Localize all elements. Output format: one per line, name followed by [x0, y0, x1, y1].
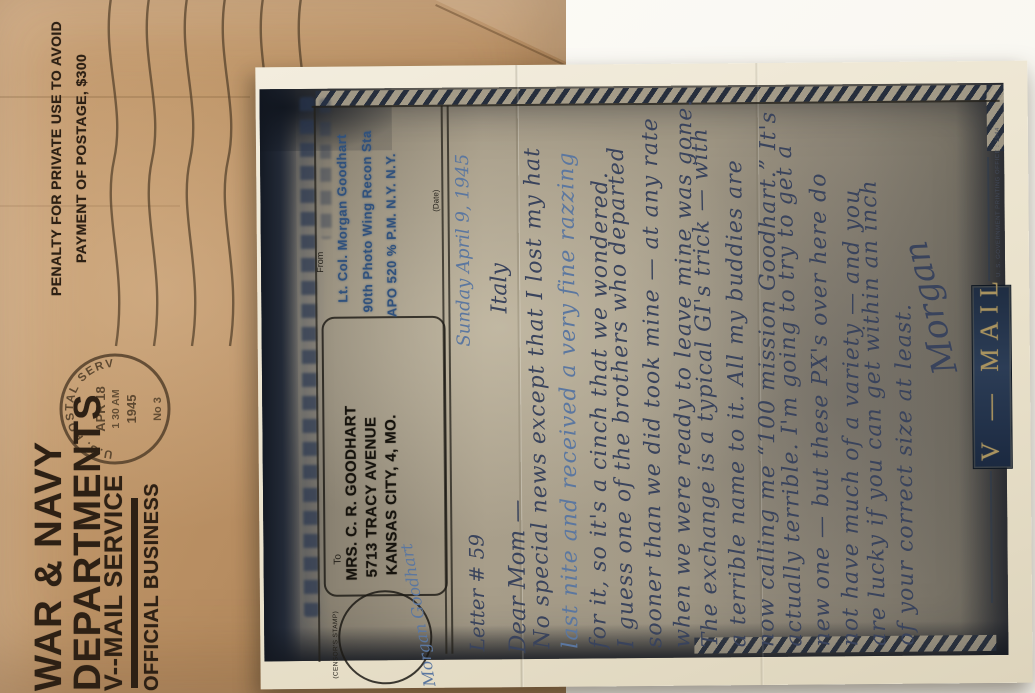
handwriting-line: sooner than we did took mine — at any ra…	[640, 117, 667, 648]
from-name: Lt. Col. Morgan Goodhart	[335, 134, 349, 303]
handwriting-line: new one — but these PX's over here do	[808, 172, 834, 646]
penalty-text: PENALTY FOR PRIVATE USE TO AVOID PAYMENT…	[44, 21, 93, 296]
war-navy-line: WAR & NAVY	[30, 394, 69, 691]
envelope-department-text: WAR & NAVY DEPARTMENTS	[30, 394, 108, 691]
to-name: MRS. C. R. GOODHART	[343, 405, 360, 580]
vmail-service-line: V--MAIL SERVICE	[102, 475, 127, 691]
handwritten-date: Sunday April 9, 1945	[454, 154, 474, 347]
postmark-time: 1 30 AM	[110, 389, 122, 429]
censor-stamp-label: (CENSOR'S STAMP)	[333, 611, 340, 679]
from-label: From	[316, 252, 325, 273]
underline-bar	[131, 498, 138, 688]
postmark-year: 1945	[124, 395, 139, 424]
v-mail-logo-text: V — MAIL	[976, 273, 1004, 461]
handwriting-line: a terrible name to it. All my buddies ar…	[724, 159, 750, 647]
vmail-letter: From To (Date) (CENSOR'S STAMP) Lt. Col.…	[255, 61, 1032, 690]
from-unit: 90th Photo Wing Recon Sta	[360, 130, 375, 312]
ghost-print-column	[320, 99, 332, 239]
to-street: 5713 TRACY AVENUE	[363, 417, 379, 578]
photostat-left-edge	[259, 89, 300, 661]
edge-print: U. S. GOVERNMENT PRINTING OFFICE : 1944	[995, 127, 1002, 277]
to-label: To	[334, 554, 344, 565]
handwriting-line: last nite and received a very fine razzi…	[556, 151, 582, 648]
handwritten-place: Italy	[489, 263, 511, 313]
handwriting-line: of your correct size at least.	[893, 303, 918, 646]
vmail-scan: U.S. POSTAL SERVICE APR 18 1 30 AM 1945 …	[0, 0, 1035, 693]
from-apo: APO 520 % P.M. N.Y. N.Y.	[384, 153, 398, 317]
date-label: (Date)	[432, 190, 440, 212]
postmark-number: No 3	[152, 397, 164, 421]
penalty-line-1: PENALTY FOR PRIVATE USE TO AVOID	[44, 21, 69, 296]
penalty-line-2: PAYMENT OF POSTAGE, $300	[69, 21, 94, 296]
letter-number: Letter # 59	[466, 534, 487, 652]
official-business-line: OFFICIAL BUSINESS	[142, 483, 162, 691]
